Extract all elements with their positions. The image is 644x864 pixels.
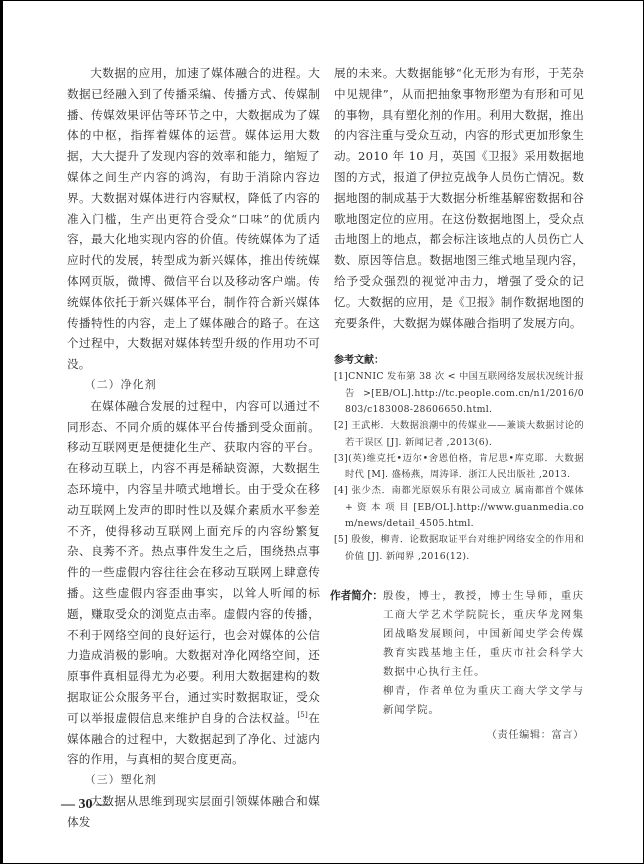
references-section: 参考文献： [1]CNNIC 发布第 38 次 < 中国互联网络发展状况统计报告… (334, 353, 584, 565)
reference-item: [1]CNNIC 发布第 38 次 < 中国互联网络发展状况统计报告 >[EB/… (334, 369, 584, 418)
references-title: 参考文献： (334, 353, 584, 369)
reference-item: [2] 王武彬．大数据浪潮中的传媒业——兼谈大数据讨论的若干误区 [J]. 新闻… (334, 418, 584, 451)
reference-item: [5] 殷俊，柳青．论数据取证平台对维护网络安全的作用和价值 [J]. 新闻界 … (334, 532, 584, 565)
author-bio: 作者简介： 殷俊，博士，教授，博士生导师，重庆工商大学艺术学院院长，重庆华龙网集… (334, 587, 584, 720)
author-bio-body: 殷俊，博士，教授，博士生导师，重庆工商大学艺术学院院长，重庆华龙网集团战略发展顾… (383, 587, 584, 720)
author-bio-first: 殷俊，博士，教授，博士生导师，重庆工商大学艺术学院院长，重庆华龙网集团战略发展顾… (383, 587, 584, 682)
editor-note: （责任编辑：富言） (334, 726, 584, 741)
paragraph-plasticizer-continued: 展的未来。大数据能够“化无形为有形，于芜杂中见规律”，从而把抽象事物形塑为有形和… (334, 63, 584, 333)
page-number: — 30 — (61, 797, 110, 813)
journal-page: 大数据的应用，加速了媒体融合的进程。大数据已经融入到了传播采编、传播方式、传媒制… (0, 0, 644, 864)
paragraph-purifier: 在媒体融合发展的过程中，内容可以通过不同形态、不同介质的媒体平台传播到受众面前。… (67, 396, 320, 770)
left-column: 大数据的应用，加速了媒体融合的进程。大数据已经融入到了传播采编、传播方式、传媒制… (67, 63, 320, 832)
reference-item: [4] 张少杰．南都光原娱乐有限公司成立 属南都首个媒体 + 资 本 项 目 [… (334, 483, 584, 532)
paragraph-media-integration: 大数据的应用，加速了媒体融合的进程。大数据已经融入到了传播采编、传播方式、传媒制… (67, 63, 320, 375)
reference-item: [3](英)维克托•迈尔•舍恩伯格，肯尼思•库克耶．大数据时代 [M]. 盛杨燕… (334, 451, 584, 484)
author-bio-second: 柳青，作者单位为重庆工商大学文学与新闻学院。 (383, 682, 584, 720)
paragraph-purifier-main: 在媒体融合发展的过程中，内容可以通过不同形态、不同介质的媒体平台传播到受众面前。… (67, 399, 320, 725)
right-column: 展的未来。大数据能够“化无形为有形，于芜杂中见规律”，从而把抽象事物形塑为有形和… (334, 63, 584, 741)
author-bio-label: 作者简介： (330, 587, 383, 720)
subheading-purifier: （二）净化剂 (67, 375, 320, 396)
references-list: [1]CNNIC 发布第 38 次 < 中国互联网络发展状况统计报告 >[EB/… (334, 369, 584, 565)
citation-marker: [5] (297, 711, 308, 719)
subheading-plasticizer: （三）塑化剂 (67, 770, 320, 791)
